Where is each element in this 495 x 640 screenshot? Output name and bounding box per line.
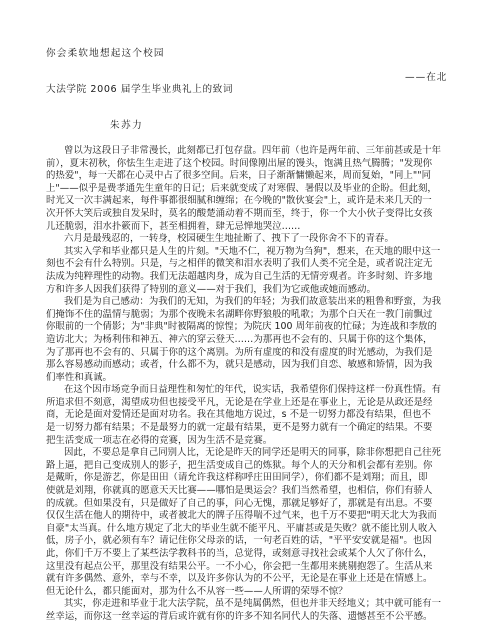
- text-line: 造访北大；为杨利伟和神五、神六的穿云登天……为那再也不会有的、只属于你的这个集体…: [46, 334, 454, 347]
- text-line: 此，你们千万不要上了某些法学教科书的当，总觉得，或刻意寻找社会或某个人欠了你什么…: [46, 548, 454, 561]
- text-line: 时光又一次丰满起来，每件事都很细腻和缠绵；在今晚的"散伙宴会"上，或许是未来几天…: [46, 195, 454, 208]
- text-line: 低，房子小，就必须有车？请记住你父母亲的话，一句老百姓的话，"平平安安就是福"。…: [46, 535, 454, 548]
- text-line: 我们是为自己感动：为我们的无知，为我们的年轻；为我们故意装出来的粗鲁和野蛮，为我: [46, 296, 454, 309]
- text-line: 把生活变成一项志在必得的竞赛，因为生活不是竞赛。: [46, 435, 454, 448]
- text-line: 这里没有起点公平，那里没有结果公平。一不小心，你会把一生都用来挑剔抱怨了。生活从…: [46, 561, 454, 574]
- author-name: 朱苏力: [110, 117, 143, 131]
- text-line: 们率性和真诚。: [46, 372, 454, 385]
- document-body: 曾以为这段日子非常漫长，此刻都已打包存盘。四年前（也许是两年前、三年前甚或是十年…: [46, 145, 454, 624]
- text-line: 所追求但不刻意，渴望成功但也接受平凡，无论是在学业上还是在事业上，无论是从政还是…: [46, 397, 454, 410]
- text-line: 路上逼，把自己变成别人的影子，把生活变成自己的炼狱。每个人的天分和机会都有差别。…: [46, 460, 454, 473]
- text-line: 使就是刘翔，你就真的愿意天天比赛——哪怕是奥运会？我们当然希望，也相信，你们有骄…: [46, 485, 454, 498]
- text-line: 的成就。但如果没有，只是做好了自己的事，问心无愧，那就足够好了，那就是有出息。不…: [46, 498, 454, 511]
- text-line: 儿还脆弱，泪水扑簌而下，甚至相拥着，肆无忌惮地哭泣……: [46, 221, 454, 234]
- document-page: 你会柔软地想起这个校园 ——在北 大法学院 2006 届学生毕业典礼上的致词 朱…: [0, 0, 495, 640]
- text-line: 商，无论是面对爱情还是面对功名。我在其他地方说过，s 不是一切努力都没有结果，但…: [46, 409, 454, 422]
- text-line: 六月是最残忍的，一转身，校园硬生生地扯断了、拽下了一段你舍不下的青春。: [46, 233, 454, 246]
- document-subtitle: 大法学院 2006 届学生毕业典礼上的致词: [46, 81, 233, 95]
- text-line: 仅仅生活在他人的期待中，或者被北大的牌子压得喘不过气来，也千万不要把"明天北大为…: [46, 510, 454, 523]
- text-line: 的热爱"，每一天都在心灵中占了很多空间。后来，日子渐渐慵懒起来，周而复始，"同上…: [46, 170, 454, 183]
- text-line: 其实入学和毕业都只是人生的片刻。"天地不仁，视万物为刍狗"，想来，在天地的眼中这…: [46, 246, 454, 259]
- text-line: 次开怀大笑后或独自发呆时，莫名的酸楚涌动着不期而至，终于，你一个大小伙子变得比女…: [46, 208, 454, 221]
- text-line: 刻也不会有什么特别。只是，与之相伴的微笑和泪水表明了我们人类不完全是，或者说注定…: [46, 258, 454, 271]
- text-line: 是一切努力都有结果；不是最努力的就一定最有结果，更不是努力就有一个确定的结果。不…: [46, 422, 454, 435]
- text-line: 上"——似乎是费孝通先生童年的日记；后来就变成了对寒假、暑假以及毕业的企盼。但此…: [46, 183, 454, 196]
- text-line: 法成为纯粹理性的动物。我们无法超越肉身，成为自己生活的无情旁观者。许多时刻、许多…: [46, 271, 454, 284]
- text-line: 因此，不要总是拿自己同别人比，无论是昨天的同学还是明天的同事，除非你想把自己往死: [46, 447, 454, 460]
- text-line: 但无论什么，都只能面对，那为什么不从容一些——人所谓的荣辱不惊？: [46, 586, 454, 599]
- text-line: 在这个因市场竞争而日益理性和匆忙的年代，说实话，我希望你们保持这样一份真性情。有: [46, 384, 454, 397]
- text-line: 丝幸运，而你这一丝幸运的背后或许就有你的许多不知名同代人的失落、遗憾甚至不公平感…: [46, 611, 454, 624]
- text-line: 们掩饰不住的温情与脆弱；为那个夜晚未名湖畔你野狼般的吼歌；为那个白天在一教门前飘…: [46, 309, 454, 322]
- text-line: 其实，你走进和毕业于北大法学院，虽不是纯属偶然，但也并非天经地义；其中就可能有一: [46, 598, 454, 611]
- text-line: 为了那再也不会有的、只属于你的这个离别。为所有虚度的和没有虚度的时光感动，为我们…: [46, 347, 454, 360]
- text-line: 是戴昕，你是游艺，你是田田（请允许我这样称呼庄田田同学），你们都不是刘翔；而且，…: [46, 472, 454, 485]
- text-line: 自豪"太当真。什么地方规定了北大的毕业生就不能平凡、平庸甚或是失败？就不能比别人…: [46, 523, 454, 536]
- text-line: 前），夏末初秋，你怯生生走进了这个校园。时间像刚出屉的馒头，饱满且热气腾腾；"发…: [46, 158, 454, 171]
- subtitle-prefix: ——在北: [405, 69, 447, 83]
- text-line: 你眼前的一个倩影；为"非典"时被隔离的惊惶；为院庆 100 周年前夜的忙碌；为连…: [46, 321, 454, 334]
- document-title: 你会柔软地想起这个校园: [46, 45, 165, 59]
- text-line: 曾以为这段日子非常漫长，此刻都已打包存盘。四年前（也许是两年前、三年前甚或是十年: [46, 145, 454, 158]
- text-line: 就有许多偶然、意外，幸与不幸，以及许多你认为的不公平，无论是在事业上还是在情感上…: [46, 573, 454, 586]
- text-line: 那么容易感动而感动；或者，什么都不为，就只是感动，因为我们自恋、敏感和矫情，因为…: [46, 359, 454, 372]
- text-line: 方和许多人因我们获得了特别的意义——对于我们，我们为它或他或她而感动。: [46, 284, 454, 297]
